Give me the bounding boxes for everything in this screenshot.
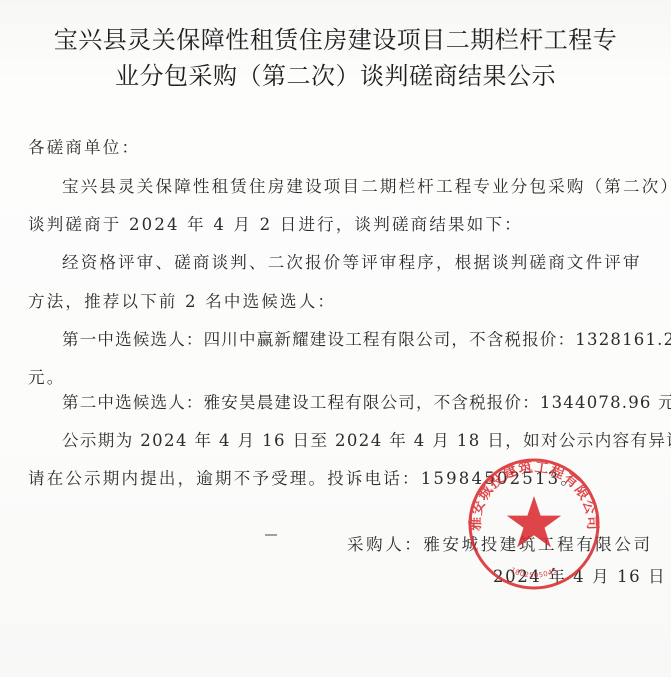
intro-paragraph-line-1: 宝兴县灵关保障性租赁住房建设项目二期栏杆工程专业分包采购（第二次） <box>62 176 671 198</box>
purchaser-signature: 采购人：雅安城投建筑工程有限公司 <box>347 534 653 556</box>
method-paragraph-line-1: 经资格评审、磋商谈判、二次报价等评审程序，根据谈判磋商文件评审 <box>62 252 642 274</box>
salutation: 各磋商单位： <box>28 137 140 159</box>
candidate-1-line-1: 第一中选候选人：四川中赢新耀建设工程有限公司，不含税报价：1328161.25 <box>62 329 671 351</box>
candidate-1-line-2: 元。 <box>28 367 65 389</box>
method-paragraph-line-2: 方法，推荐以下前 2 名中选候选人： <box>28 291 336 313</box>
document-page: 宝兴县灵关保障性租赁住房建设项目二期栏杆工程专 业分包采购（第二次）谈判磋商结果… <box>0 0 671 677</box>
document-title-line-1: 宝兴县灵关保障性租赁住房建设项目二期栏杆工程专 <box>0 24 671 56</box>
notice-line-1: 公示期为 2024 年 4 月 16 日至 2024 年 4 月 18 日，如对… <box>62 430 671 452</box>
signature-date: 2024 年 4 月 16 日 <box>493 566 666 588</box>
notice-line-2: 请在公示期内提出，逾期不予受理。投诉电话：15984502513。 <box>28 468 579 490</box>
candidate-2: 第二中选候选人：雅安昊晨建设工程有限公司，不含税报价：1344078.96 元。 <box>62 392 671 414</box>
intro-paragraph-line-2: 谈判磋商于 2024 年 4 月 2 日进行，谈判磋商结果如下： <box>28 214 523 236</box>
document-title-line-2: 业分包采购（第二次）谈判磋商结果公示 <box>0 60 671 92</box>
stray-mark <box>265 534 277 536</box>
